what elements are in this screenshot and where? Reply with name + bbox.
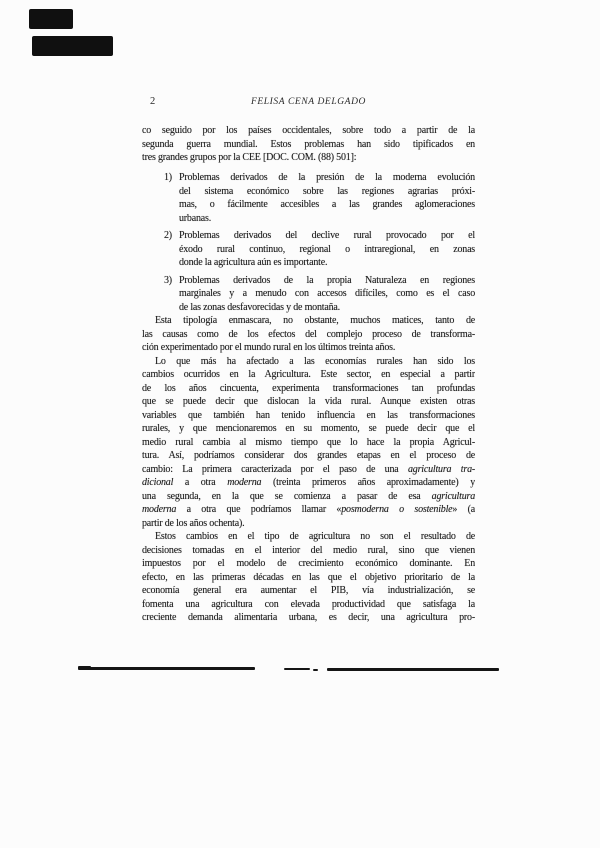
text-line: éxodo rural continuo, regional o intrare… (142, 243, 475, 257)
text-line: de los años cincuenta, experimenta trans… (142, 382, 475, 396)
list-marker: 3) (164, 274, 179, 288)
italic-text: moderna (142, 504, 176, 515)
italic-text: posmoderna o sostenible (341, 504, 452, 515)
text-line: del sistema económico sobre las regiones… (142, 185, 475, 199)
bottom-rule-segment (88, 667, 255, 670)
text-line: urbanas. (142, 212, 475, 226)
text-line: variables que también han tenido influen… (142, 409, 475, 423)
paragraph: Estos cambios en el tipo de agricultura … (142, 530, 475, 625)
bottom-rule-segment (327, 668, 499, 671)
text-line: marginales y a menudo con accesos difíci… (142, 287, 475, 301)
running-title: FELISA CENA DELGADO (142, 97, 475, 107)
text-line: las causas como de los efectos del compl… (142, 328, 475, 342)
text-line: que se puede decir que dislocan la vida … (142, 395, 475, 409)
scan-mark (29, 9, 73, 29)
italic-text: agricultura tra- (408, 464, 475, 475)
italic-text: moderna (227, 477, 261, 488)
text-line: Lo que más ha afectado a las economías r… (142, 355, 475, 369)
text-line: efecto, en las primeras décadas en las q… (142, 571, 475, 585)
paragraph: Esta tipología enmascara, no obstante, m… (142, 314, 475, 355)
text-line: decisiones tomadas en el interior del me… (142, 544, 475, 558)
text-line: co seguido por los países occidentales, … (142, 124, 475, 138)
text-line: fomenta una agricultura con elevada prod… (142, 598, 475, 612)
scanned-book-page: 2 FELISA CENA DELGADO co seguido por los… (0, 0, 600, 848)
text-line: impuestos por el modelo de crecimiento e… (142, 557, 475, 571)
text-column: co seguido por los países occidentales, … (142, 124, 475, 625)
text-line: tres grandes grupos por la CEE [DOC. COM… (142, 151, 475, 165)
list-item: 2)Problemas derivados del declive rural … (142, 229, 475, 270)
text-line: rurales, y que mencionaremos en su momen… (142, 422, 475, 436)
text-line: donde la agricultura aún es importante. (142, 256, 475, 270)
paragraph: Lo que más ha afectado a las economías r… (142, 355, 475, 531)
paragraph: co seguido por los países occidentales, … (142, 124, 475, 165)
bottom-rule-segment (313, 669, 318, 671)
list-item: 3)Problemas derivados de la propia Natur… (142, 274, 475, 315)
text-line: de las zonas desfavorecidas y de montaña… (142, 301, 475, 315)
scan-mark (32, 36, 113, 56)
list-item: 1)Problemas derivados de la presión de l… (142, 171, 475, 225)
text-line: 1)Problemas derivados de la presión de l… (142, 171, 475, 185)
text-line: mas, o fácilmente accesibles a las grand… (142, 198, 475, 212)
text-line: cambio: La primera caracterizada por el … (142, 463, 475, 477)
text-line: Estos cambios en el tipo de agricultura … (142, 530, 475, 544)
italic-text: agricultura (432, 491, 475, 502)
text-line: segunda guerra mundial. Estos problemas … (142, 138, 475, 152)
text-line: dicional a otra moderna (treinta primero… (142, 476, 475, 490)
text-line: 3)Problemas derivados de la propia Natur… (142, 274, 475, 288)
text-line: una segunda, en la que se comienza a pas… (142, 490, 475, 504)
italic-text: dicional (142, 477, 173, 488)
text-line: cambios ocurridos en la Agricultura. Est… (142, 368, 475, 382)
text-line: 2)Problemas derivados del declive rural … (142, 229, 475, 243)
text-line: tura. Así, podríamos considerar dos gran… (142, 449, 475, 463)
text-line: medio rural cambia al mismo tiempo que l… (142, 436, 475, 450)
bottom-rule-segment (284, 668, 310, 670)
list-marker: 1) (164, 171, 179, 185)
text-line: Esta tipología enmascara, no obstante, m… (142, 314, 475, 328)
text-line: creciente demanda alimentaria urbana, es… (142, 611, 475, 625)
text-line: moderna a otra que podríamos llamar «pos… (142, 503, 475, 517)
text-line: economía general era aumentar el PIB, ví… (142, 584, 475, 598)
list-marker: 2) (164, 229, 179, 243)
text-line: ción experimentado por el mundo rural en… (142, 341, 475, 355)
text-line: partir de los años ochenta). (142, 517, 475, 531)
